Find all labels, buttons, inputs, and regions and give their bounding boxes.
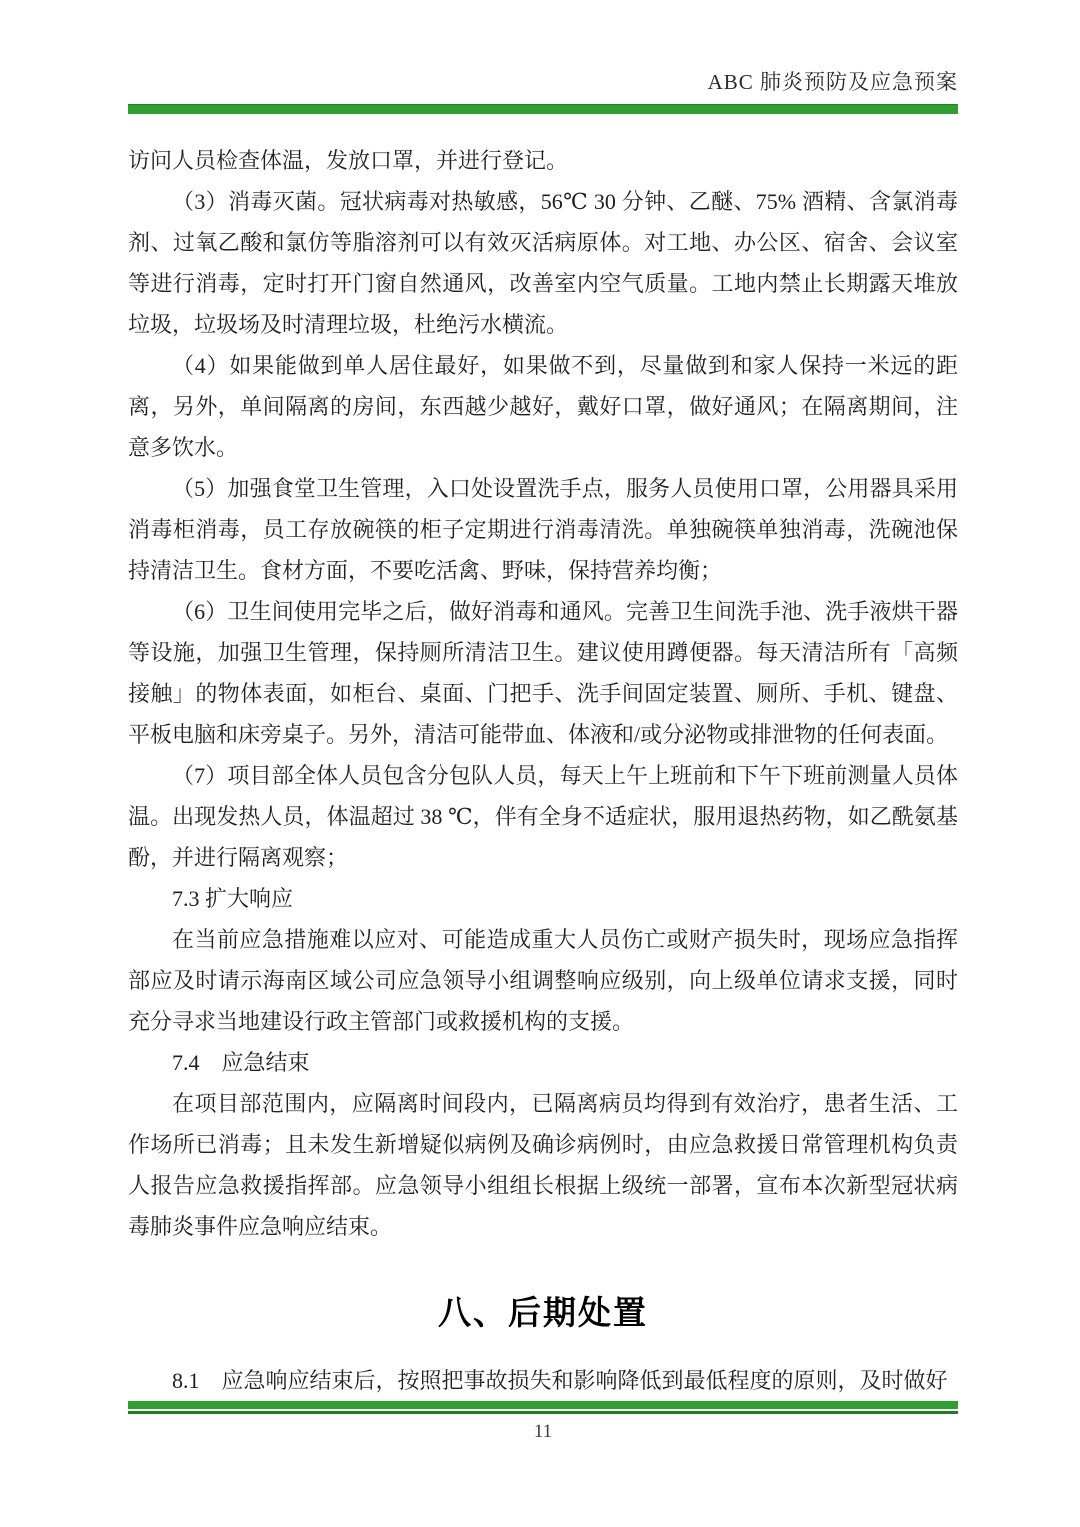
section-body-7-3: 在当前应急措施难以应对、可能造成重大人员伤亡或财产损失时，现场应急指挥部应及时请… <box>128 919 958 1042</box>
paragraph-measure-5: （5）加强食堂卫生管理，入口处设置洗手点，服务人员使用口罩，公用器具采用消毒柜消… <box>128 468 958 591</box>
footer-rule-thin <box>128 1411 958 1414</box>
paragraph-measure-4: （4）如果能做到单人居住最好，如果做不到，尽量做到和家人保持一米远的距离，另外，… <box>128 345 958 468</box>
header-title: ABC 肺炎预防及应急预案 <box>128 68 958 96</box>
paragraph-8-1: 8.1 应急响应结束后，按照把事故损失和影响降低到最低程度的原则，及时做好 <box>128 1360 958 1401</box>
footer-rule <box>128 1401 958 1414</box>
paragraph-measure-7: （7）项目部全体人员包含分包队人员，每天上午上班前和下午下班前测量人员体温。出现… <box>128 755 958 878</box>
paragraph-measure-3: （3）消毒灭菌。冠状病毒对热敏感，56℃ 30 分钟、乙醚、75% 酒精、含氯消… <box>128 181 958 345</box>
document-page: ABC 肺炎预防及应急预案 访问人员检查体温，发放口罩，并进行登记。 （3）消毒… <box>0 0 1080 1527</box>
paragraph-continuation: 访问人员检查体温，发放口罩，并进行登记。 <box>128 140 958 181</box>
section-heading-7-4: 7.4 应急结束 <box>128 1042 958 1083</box>
footer-rule-thick <box>128 1401 958 1409</box>
page-number: 11 <box>128 1420 958 1444</box>
paragraph-measure-6: （6）卫生间使用完毕之后，做好消毒和通风。完善卫生间洗手池、洗手液烘干器等设施，… <box>128 591 958 755</box>
document-body: 访问人员检查体温，发放口罩，并进行登记。 （3）消毒灭菌。冠状病毒对热敏感，56… <box>0 114 1080 1337</box>
chapter-heading: 八、后期处置 <box>128 1289 958 1337</box>
section-body-7-4: 在项目部范围内，应隔离时间段内，已隔离病员均得到有效治疗，患者生活、工作场所已消… <box>128 1083 958 1247</box>
page-header: ABC 肺炎预防及应急预案 <box>0 0 1080 114</box>
section-heading-7-3: 7.3 扩大响应 <box>128 878 958 919</box>
header-rule <box>128 104 958 114</box>
